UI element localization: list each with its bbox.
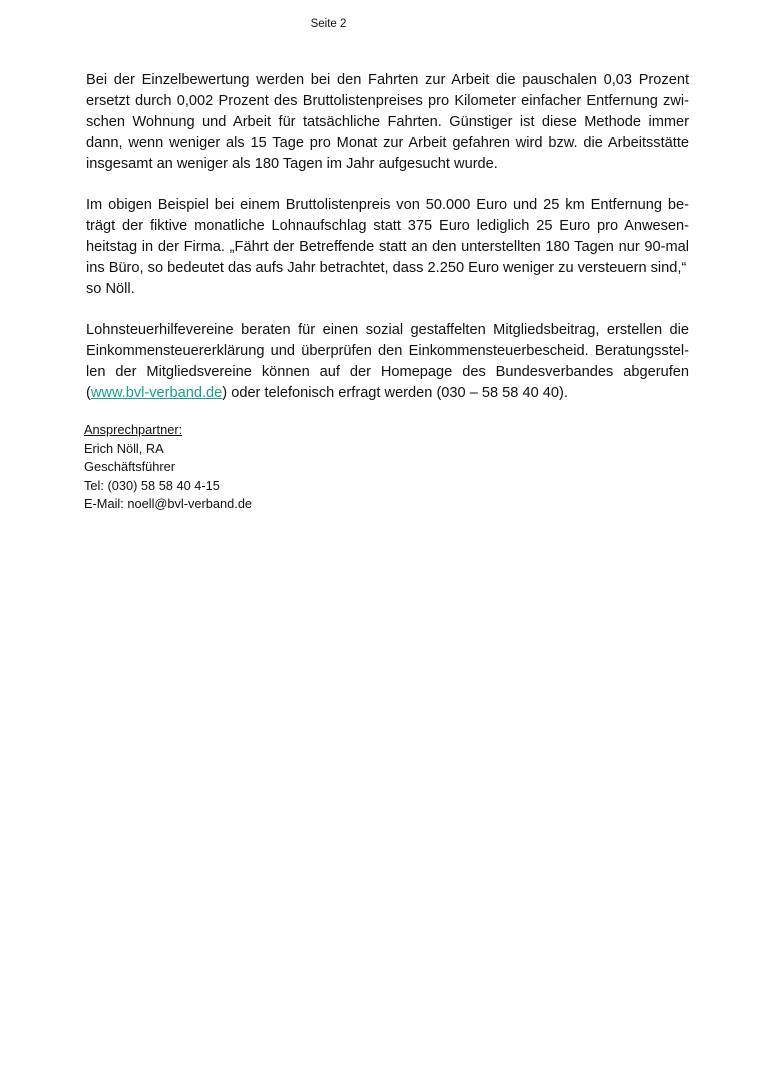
text-line: dann, wenn weniger als 15 Tage pro Monat… bbox=[86, 133, 689, 154]
text-line: len der Mitgliedsvereine können auf der … bbox=[86, 362, 689, 383]
website-link[interactable]: www.bvl-verband.de bbox=[91, 385, 222, 401]
text-line: heitstag in der Firma. „Fährt der Betref… bbox=[86, 237, 689, 258]
page-number-header: Seite 2 bbox=[0, 18, 657, 30]
text-line: ins Büro, so bedeutet das aufs Jahr betr… bbox=[86, 258, 689, 279]
paragraph-beispiel: Im obigen Beispiel bei einem Bruttoliste… bbox=[86, 195, 689, 300]
text-line: so Nöll. bbox=[86, 279, 689, 300]
paragraph-einzelbewertung: Bei der Einzelbewertung werden bei den F… bbox=[86, 70, 689, 175]
text-line: ersetzt durch 0,002 Prozent des Bruttoli… bbox=[86, 91, 689, 112]
contact-block: Ansprechpartner: Erich Nöll, RA Geschäft… bbox=[84, 421, 252, 514]
contact-email: E-Mail: noell@bvl-verband.de bbox=[84, 495, 252, 514]
contact-label: Ansprechpartner: bbox=[84, 421, 252, 440]
paragraph-lohnsteuerhilfevereine: Lohnsteuerhilfevereine beraten für einen… bbox=[86, 320, 689, 404]
contact-name: Erich Nöll, RA bbox=[84, 440, 252, 459]
document-body: Bei der Einzelbewertung werden bei den F… bbox=[86, 70, 689, 424]
text-line: Im obigen Beispiel bei einem Bruttoliste… bbox=[86, 195, 689, 216]
text-line: Lohnsteuerhilfevereine beraten für einen… bbox=[86, 320, 689, 341]
contact-phone: Tel: (030) 58 58 40 4-15 bbox=[84, 477, 252, 496]
text-line: Einkommensteuererklärung und überprüfen … bbox=[86, 341, 689, 362]
contact-role: Geschäftsführer bbox=[84, 458, 252, 477]
text-fragment: ) oder telefonisch erfragt werden (030 –… bbox=[222, 385, 568, 401]
text-line: trägt der fiktive monatliche Lohnaufschl… bbox=[86, 216, 689, 237]
text-line: (www.bvl-verband.de) oder telefonisch er… bbox=[86, 383, 689, 404]
text-line: schen Wohnung und Arbeit für tatsächlich… bbox=[86, 112, 689, 133]
text-line: Bei der Einzelbewertung werden bei den F… bbox=[86, 70, 689, 91]
text-line: insgesamt an weniger als 180 Tagen im Ja… bbox=[86, 154, 689, 175]
